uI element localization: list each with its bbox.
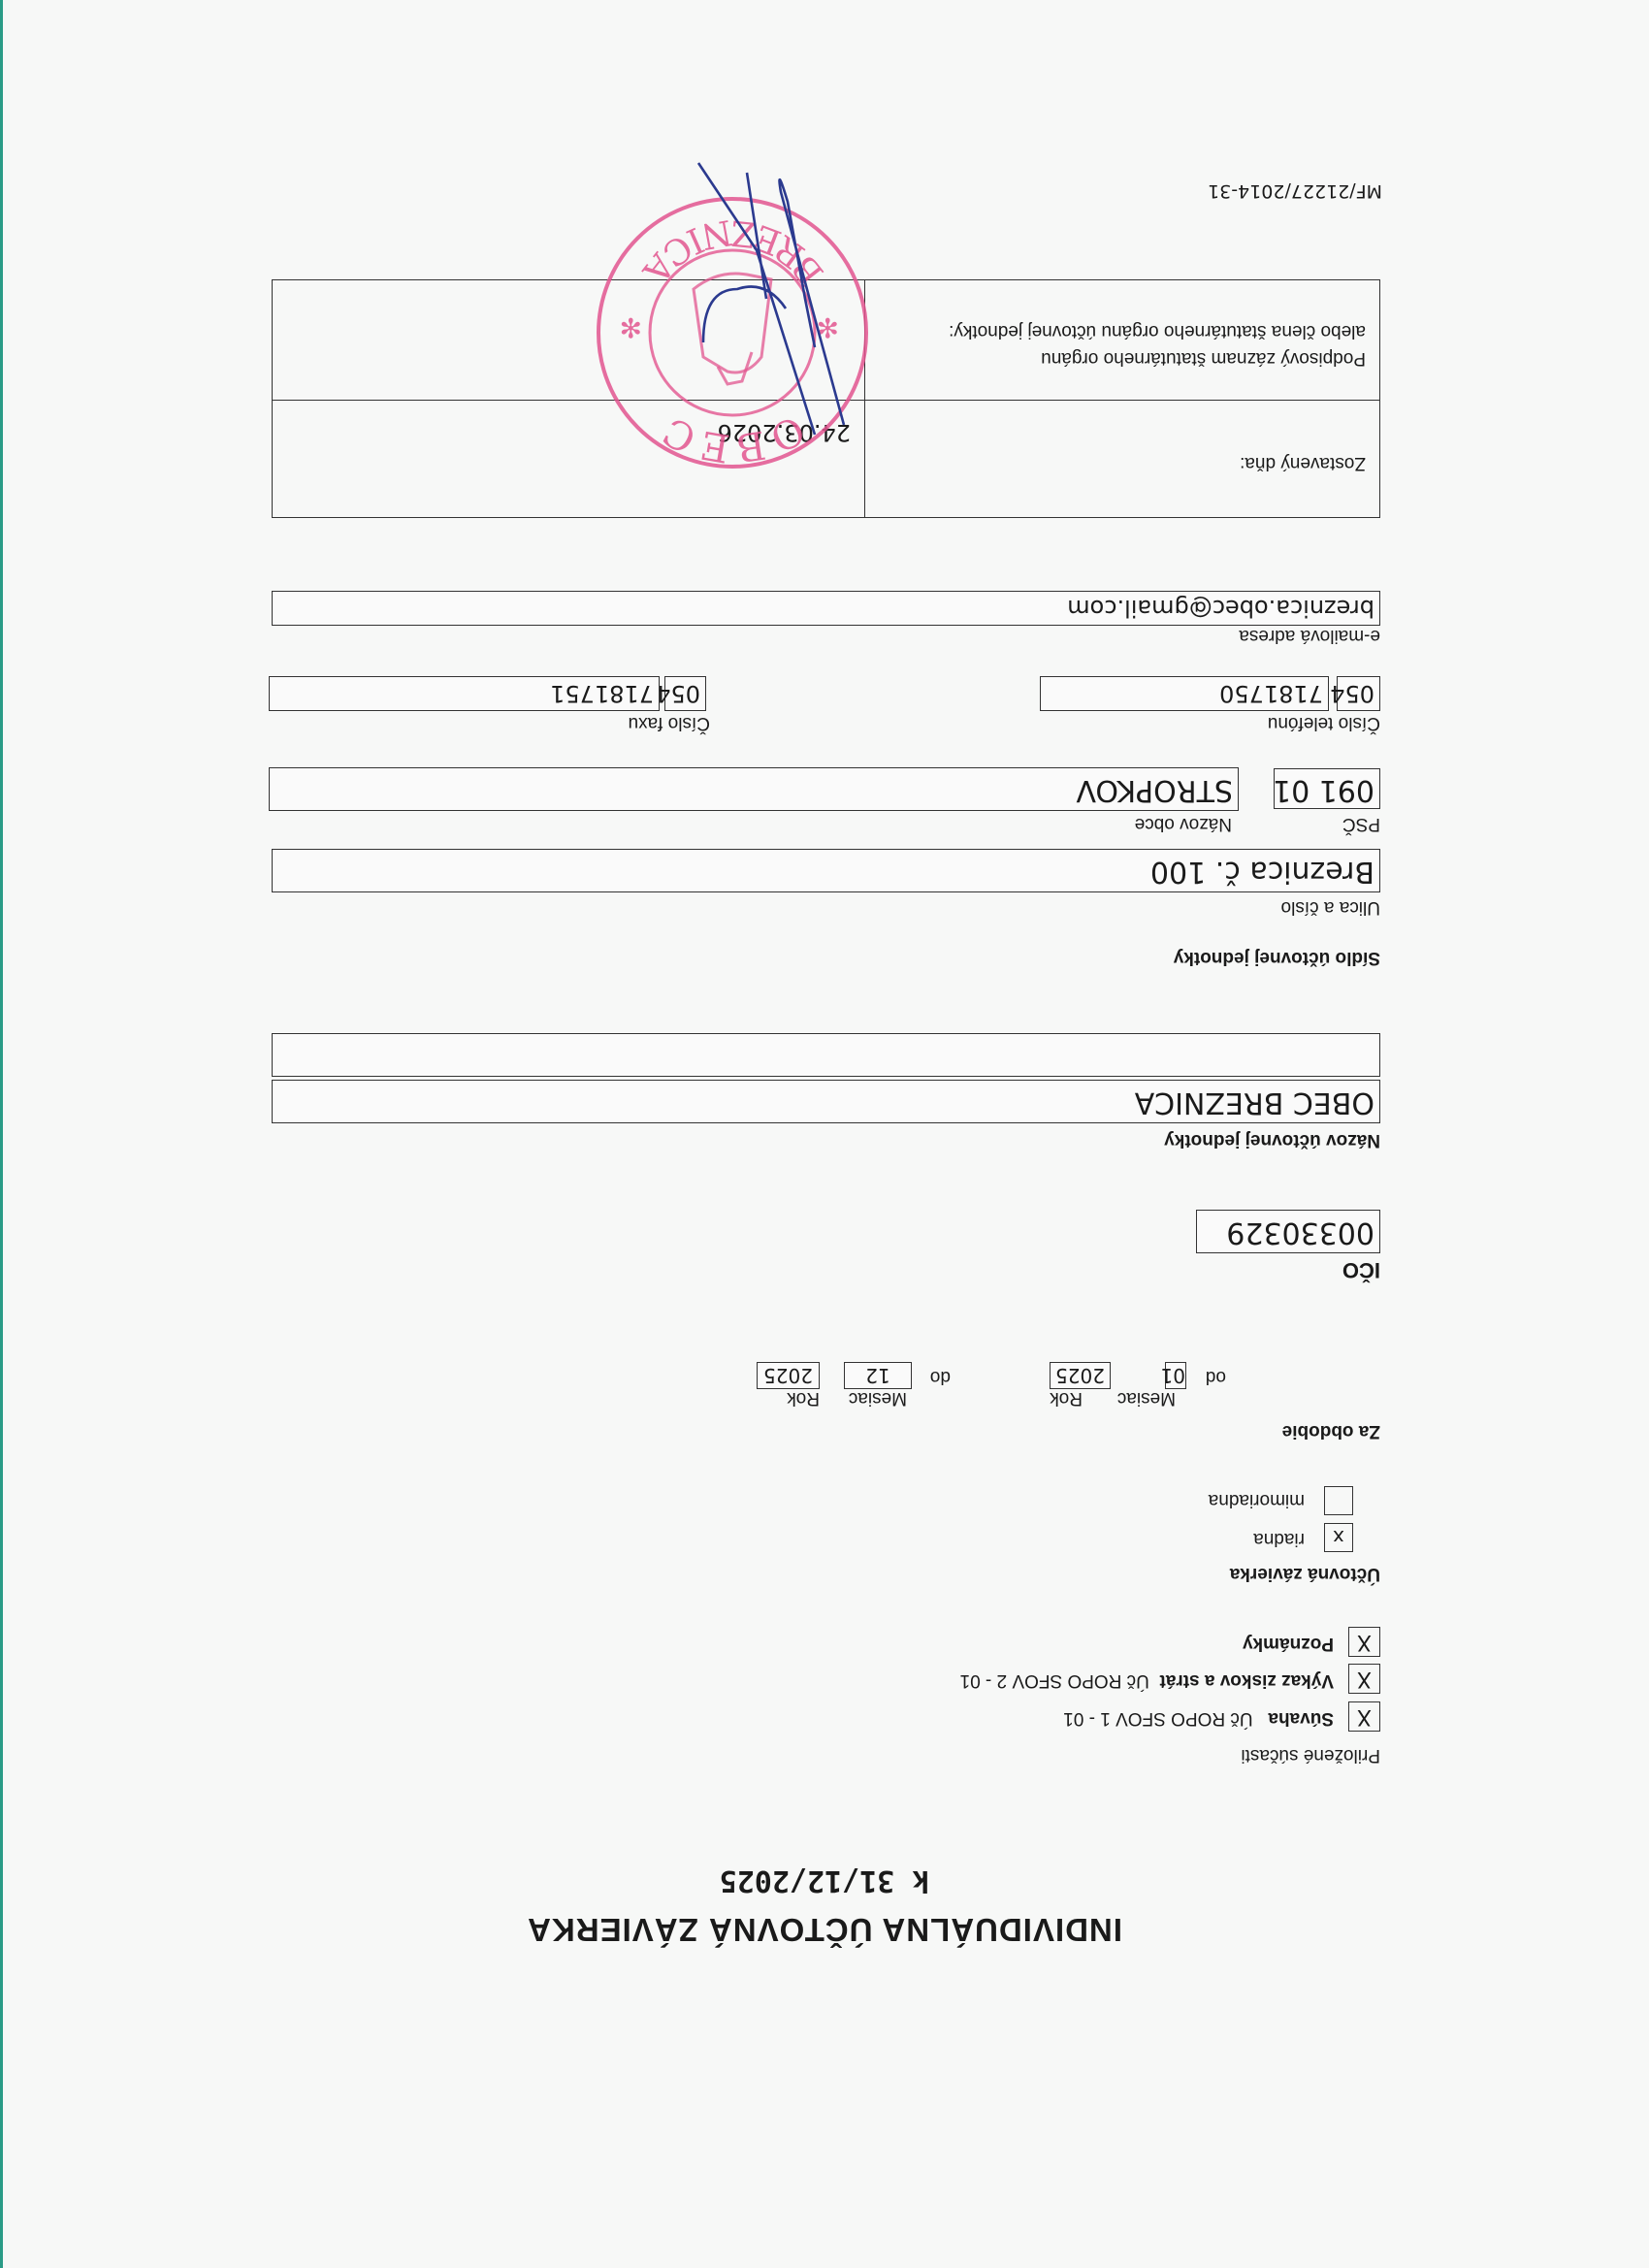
entity-name-line2[interactable] <box>272 1033 1380 1077</box>
signature-labels-column <box>864 280 1379 517</box>
period-from-year-field[interactable]: 2025 <box>1050 1362 1111 1389</box>
attachment-vykaz: Výkaz ziskov a strát Úč ROPO SFOV 2 - 01 <box>960 1669 1334 1691</box>
phone-label: Číslo telefónu <box>1268 712 1380 733</box>
period-to-year-label: Rok <box>787 1387 820 1409</box>
entity-name-label: Názov účtovnej jednotky <box>1164 1129 1380 1150</box>
checkbox-suvaha[interactable]: X <box>1348 1701 1380 1732</box>
period-to-month-field[interactable]: 12 <box>844 1362 912 1389</box>
checkbox-mimoriadna[interactable] <box>1324 1486 1353 1515</box>
phone-prefix-field[interactable]: 054 <box>1337 676 1380 711</box>
option-riadna-label: riadna <box>1253 1528 1305 1549</box>
attachment-name: Výkaz ziskov a strát <box>1159 1670 1334 1691</box>
phone-field[interactable]: 7181750 <box>1040 676 1329 711</box>
entity-name-line1[interactable]: OBEC BREZNICA <box>272 1080 1380 1123</box>
seat-label: Sídlo účtovnej jednotky <box>1174 947 1380 968</box>
attachment-code: Úč ROPO SFOV 2 - 01 <box>960 1670 1149 1691</box>
document-as-of-date: k 31/12/2025 <box>0 1863 1649 1897</box>
checkbox-riadna[interactable]: x <box>1324 1523 1353 1552</box>
period-label: Za obdobie <box>1282 1420 1380 1442</box>
street-label: Ulica a číslo <box>1281 896 1380 918</box>
email-label: e-mailová adresa <box>1239 625 1380 646</box>
ico-label: IČO <box>1342 1257 1380 1282</box>
attachments-label: Priložené súčasti <box>1241 1744 1380 1766</box>
checkbox-vykaz[interactable]: X <box>1348 1664 1380 1694</box>
fax-label: Číslo faxu <box>629 712 710 733</box>
period-to-month-label: Mesiac <box>849 1387 907 1409</box>
city-field[interactable]: STROPKOV <box>269 767 1239 811</box>
option-mimoriadna-label: mimoriadna <box>1209 1489 1305 1510</box>
form-code: MF/21227/2014-31 <box>1208 180 1382 202</box>
period-from-month-label: Mesiac <box>1117 1387 1176 1409</box>
attachment-code: Úč ROPO SFOV 1 - 01 <box>1063 1708 1252 1729</box>
handwritten-signature <box>582 153 873 444</box>
period-from-label: od <box>1206 1366 1226 1387</box>
ico-field[interactable]: 00330329 <box>1196 1210 1380 1253</box>
attachment-name: Poznámky <box>1243 1634 1334 1654</box>
checkbox-poznamky[interactable]: X <box>1348 1627 1380 1657</box>
street-field[interactable]: Breznica č. 100 <box>272 849 1380 892</box>
period-from-year-label: Rok <box>1050 1387 1083 1409</box>
period-from-month-field[interactable]: 01 <box>1165 1362 1186 1389</box>
date-label: Zostavený dňa: <box>1240 452 1366 473</box>
email-field[interactable]: breznica.obec@gmail.com <box>272 591 1380 626</box>
psc-field[interactable]: 091 01 <box>1274 768 1380 809</box>
signature-label-line1: Podpisový záznam štatutárneho orgánu <box>1041 347 1366 369</box>
fax-field[interactable]: 7181751 <box>269 676 660 711</box>
period-to-label: do <box>930 1366 951 1387</box>
attachment-name: Súvaha <box>1268 1708 1334 1729</box>
fax-prefix-field[interactable]: 054 <box>664 676 706 711</box>
closing-type-label: Účtovná závierka <box>1230 1563 1380 1584</box>
attachment-poznamky: Poznámky <box>1243 1633 1334 1654</box>
psc-label: PSČ <box>1342 813 1380 834</box>
signature-label-line2: alebo člena štatutárneho orgánu účtovnej… <box>949 320 1366 341</box>
city-label: Názov obce <box>1135 813 1232 834</box>
period-to-year-field[interactable]: 2025 <box>757 1362 820 1389</box>
form-page: INDIVIDUÁLNA ÚČTOVNÁ ZÁVIERKA k 31/12/20… <box>0 0 1649 2268</box>
document-title: INDIVIDUÁLNA ÚČTOVNÁ ZÁVIERKA <box>0 1911 1649 1948</box>
attachment-suvaha: Súvaha Úč ROPO SFOV 1 - 01 <box>1063 1707 1334 1729</box>
